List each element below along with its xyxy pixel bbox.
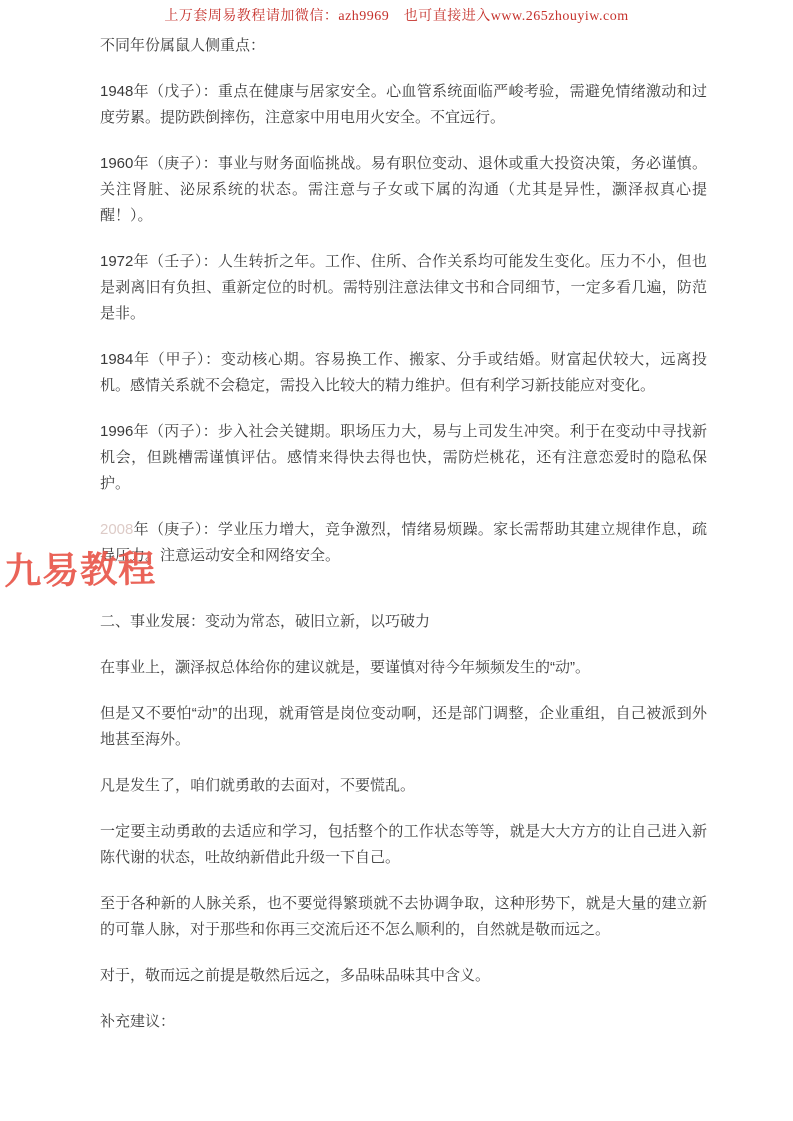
- year-digits: 1948: [100, 83, 133, 100]
- section2-paragraph: 在事业上，灏泽叔总体给你的建议就是，要谨慎对待今年频频发生的“动”。: [100, 655, 707, 681]
- year-note-2008: 2008年（庚子）：学业压力增大，竞争激烈，情绪易烦躁。家长需帮助其建立规律作息…: [100, 517, 707, 569]
- year-digits: 1984: [100, 351, 133, 368]
- document-page: 上万套周易教程请加微信：azh9969 也可直接进入www.265zhouyiw…: [0, 0, 793, 1121]
- promo-header: 上万套周易教程请加微信：azh9969 也可直接进入www.265zhouyiw…: [0, 5, 793, 25]
- year-digits: 1960: [100, 155, 133, 172]
- section2-paragraph: 但是又不要怕“动”的出现，就甭管是岗位变动啊，还是部门调整，企业重组，自己被派到…: [100, 701, 707, 753]
- year-label: 年（甲子）：: [133, 351, 220, 368]
- year-label: 年（壬子）：: [133, 253, 218, 270]
- year-label: 年（庚子）：: [133, 521, 218, 538]
- supplement-heading: 补充建议：: [100, 1009, 707, 1035]
- document-body: 不同年份属鼠人侧重点： 1948年（戊子）：重点在健康与居家安全。心血管系统面临…: [100, 33, 707, 1055]
- year-note-1972: 1972年（壬子）：人生转折之年。工作、住所、合作关系均可能发生变化。压力不小，…: [100, 249, 707, 327]
- year-label: 年（丙子）：: [133, 423, 218, 440]
- year-label: 年（庚子）：: [133, 155, 218, 172]
- year-digits-faded: 2008: [100, 521, 133, 538]
- year-note-1996: 1996年（丙子）：步入社会关键期。职场压力大，易与上司发生冲突。利于在变动中寻…: [100, 419, 707, 497]
- watermark: 九易教程: [4, 538, 157, 595]
- year-digits: 1972: [100, 253, 133, 270]
- section2-paragraph: 一定要主动勇敢的去适应和学习，包括整个的工作状态等等，就是大大方方的让自己进入新…: [100, 819, 707, 871]
- year-label: 年（戊子）：: [133, 83, 218, 100]
- section2-paragraph: 对于，敬而远之前提是敬然后远之，多品味品味其中含义。: [100, 963, 707, 989]
- section2-heading: 二、事业发展：变动为常态，破旧立新，以巧破力: [100, 609, 707, 635]
- year-note-1948: 1948年（戊子）：重点在健康与居家安全。心血管系统面临严峻考验，需避免情绪激动…: [100, 79, 707, 131]
- section2-paragraph: 至于各种新的人脉关系，也不要觉得繁琐就不去协调争取，这种形势下，就是大量的建立新…: [100, 891, 707, 943]
- section2-paragraph: 凡是发生了，咱们就勇敢的去面对，不要慌乱。: [100, 773, 707, 799]
- year-digits: 1996: [100, 423, 133, 440]
- year-note-1984: 1984年（甲子）：变动核心期。容易换工作、搬家、分手或结婚。财富起伏较大，远离…: [100, 347, 707, 399]
- year-note-1960: 1960年（庚子）：事业与财务面临挑战。易有职位变动、退休或重大投资决策，务必谨…: [100, 151, 707, 229]
- intro-heading: 不同年份属鼠人侧重点：: [100, 33, 707, 59]
